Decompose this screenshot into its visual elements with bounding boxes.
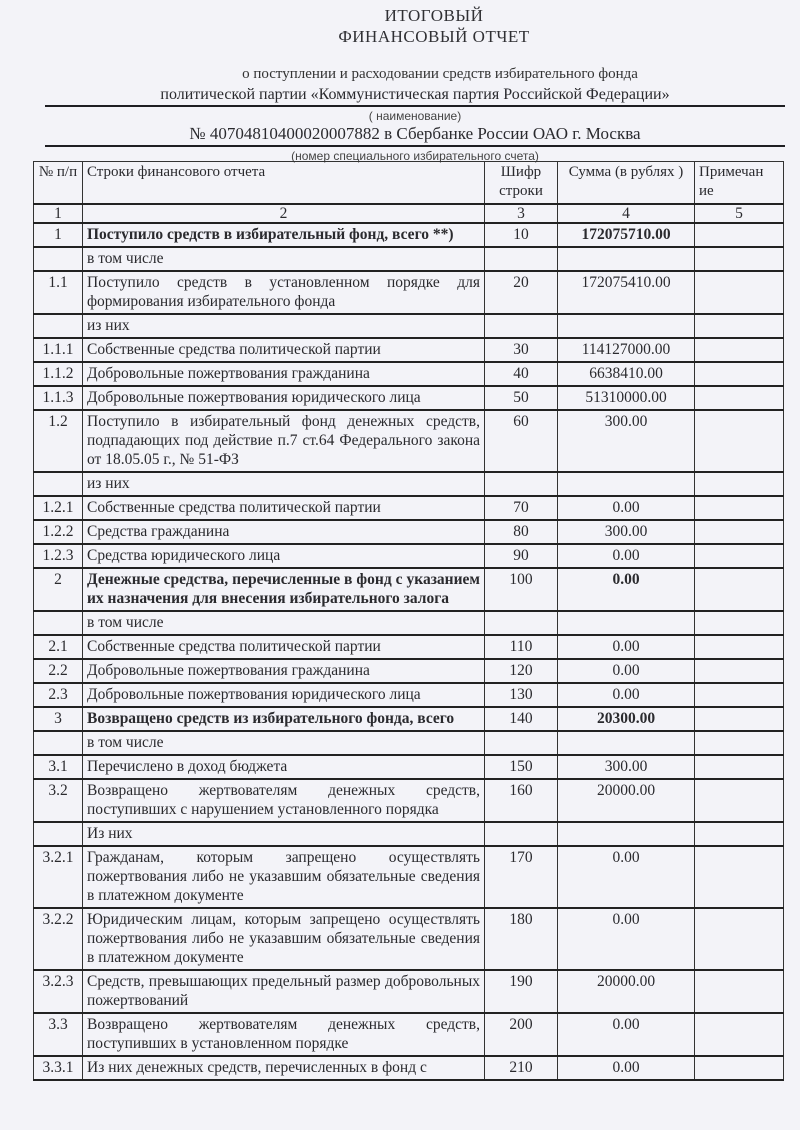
- row-number: 3.2.2: [34, 908, 83, 970]
- row-code: 20: [485, 271, 558, 314]
- row-number: 1: [34, 223, 83, 247]
- column-index: 3: [485, 204, 558, 223]
- table-row: 1Поступило средств в избирательный фонд,…: [34, 223, 784, 247]
- row-description: Перечислено в доход бюджета: [83, 755, 485, 779]
- row-description: Юридическим лицам, которым запрещено осу…: [83, 908, 485, 970]
- row-note: [695, 271, 784, 314]
- row-number: 1.2.1: [34, 496, 83, 520]
- row-sum: [558, 731, 695, 755]
- table-row: 3Возвращено средств из избирательного фо…: [34, 707, 784, 731]
- row-sum: [558, 611, 695, 635]
- row-code: [485, 314, 558, 338]
- table-row: 3.3.1Из них денежных средств, перечислен…: [34, 1056, 784, 1080]
- row-number: 1.2.3: [34, 544, 83, 568]
- row-number: 1.1.2: [34, 362, 83, 386]
- row-number: [34, 611, 83, 635]
- row-number: [34, 822, 83, 846]
- row-sum: 0.00: [558, 568, 695, 611]
- row-description: Собственные средства политической партии: [83, 635, 485, 659]
- row-note: [695, 544, 784, 568]
- row-code: 40: [485, 362, 558, 386]
- row-note: [695, 338, 784, 362]
- row-code: [485, 822, 558, 846]
- row-code: 200: [485, 1013, 558, 1056]
- row-code: 120: [485, 659, 558, 683]
- column-index: 1: [34, 204, 83, 223]
- row-sum: 300.00: [558, 755, 695, 779]
- row-code: 10: [485, 223, 558, 247]
- row-note: [695, 731, 784, 755]
- row-code: 110: [485, 635, 558, 659]
- row-description: в том числе: [83, 247, 485, 271]
- row-number: 3.2: [34, 779, 83, 822]
- row-code: 30: [485, 338, 558, 362]
- row-sum: 0.00: [558, 635, 695, 659]
- table-row: 1.1Поступило средств в установленном пор…: [34, 271, 784, 314]
- table-row: в том числе: [34, 247, 784, 271]
- row-description: Из них денежных средств, перечисленных в…: [83, 1056, 485, 1080]
- table-row: 2Денежные средства, перечисленные в фонд…: [34, 568, 784, 611]
- row-number: 1.1: [34, 271, 83, 314]
- row-sum: 20300.00: [558, 707, 695, 731]
- header-sum: Сумма (в рублях ): [558, 162, 695, 205]
- row-description: из них: [83, 314, 485, 338]
- row-note: [695, 568, 784, 611]
- row-number: 1.2: [34, 410, 83, 472]
- table-row: 1.2Поступило в избирательный фонд денежн…: [34, 410, 784, 472]
- row-description: из них: [83, 472, 485, 496]
- row-code: [485, 731, 558, 755]
- row-note: [695, 611, 784, 635]
- header-desc: Строки финансового отчета: [83, 162, 485, 205]
- row-number: 3: [34, 707, 83, 731]
- row-number: 3.3: [34, 1013, 83, 1056]
- row-sum: 172075710.00: [558, 223, 695, 247]
- row-description: Средства гражданина: [83, 520, 485, 544]
- row-description: Поступило в избирательный фонд денежных …: [83, 410, 485, 472]
- row-note: [695, 223, 784, 247]
- row-description: Возвращено жертвователям денежных средст…: [83, 779, 485, 822]
- table-row: 1.2.2Средства гражданина80300.00: [34, 520, 784, 544]
- row-note: [695, 707, 784, 731]
- row-number: [34, 247, 83, 271]
- row-sum: [558, 314, 695, 338]
- party-name-caption: ( наименование): [45, 109, 785, 123]
- row-number: 2.2: [34, 659, 83, 683]
- row-number: 2.1: [34, 635, 83, 659]
- row-note: [695, 822, 784, 846]
- row-code: 80: [485, 520, 558, 544]
- row-description: в том числе: [83, 611, 485, 635]
- row-description: в том числе: [83, 731, 485, 755]
- row-number: [34, 472, 83, 496]
- row-description: Добровольные пожертвования гражданина: [83, 362, 485, 386]
- row-note: [695, 1013, 784, 1056]
- row-note: [695, 846, 784, 908]
- row-sum: 20000.00: [558, 779, 695, 822]
- report-title-line2: ФИНАНСОВЫЙ ОТЧЕТ: [0, 27, 800, 47]
- header-num: № п/п: [34, 162, 83, 205]
- row-note: [695, 314, 784, 338]
- row-code: 100: [485, 568, 558, 611]
- row-sum: 51310000.00: [558, 386, 695, 410]
- row-number: 3.3.1: [34, 1056, 83, 1080]
- column-index: 5: [695, 204, 784, 223]
- row-note: [695, 659, 784, 683]
- table-row: 1.1.2Добровольные пожертвования граждани…: [34, 362, 784, 386]
- table-row: 2.3Добровольные пожертвования юридическо…: [34, 683, 784, 707]
- table-row: 2.1Собственные средства политической пар…: [34, 635, 784, 659]
- table-row: Из них: [34, 822, 784, 846]
- row-note: [695, 247, 784, 271]
- financial-report-table: № п/п Строки финансового отчета Шифр стр…: [33, 161, 784, 1081]
- row-description: Поступило средств в избирательный фонд, …: [83, 223, 485, 247]
- table-row: 1.2.1Собственные средства политической п…: [34, 496, 784, 520]
- table-row: из них: [34, 314, 784, 338]
- table-row: 3.2Возвращено жертвователям денежных сре…: [34, 779, 784, 822]
- row-note: [695, 635, 784, 659]
- row-sum: 0.00: [558, 846, 695, 908]
- header-note: Примечан ие: [695, 162, 784, 205]
- table-row: в том числе: [34, 611, 784, 635]
- report-subtitle: о поступлении и расходовании средств изб…: [60, 66, 800, 83]
- table-row: в том числе: [34, 731, 784, 755]
- row-note: [695, 970, 784, 1013]
- row-sum: [558, 472, 695, 496]
- table-header-row: № п/п Строки финансового отчета Шифр стр…: [34, 162, 784, 205]
- row-note: [695, 410, 784, 472]
- table-row: 3.3Возвращено жертвователям денежных сре…: [34, 1013, 784, 1056]
- row-note: [695, 755, 784, 779]
- column-index: 2: [83, 204, 485, 223]
- row-code: 50: [485, 386, 558, 410]
- row-sum: 0.00: [558, 544, 695, 568]
- row-note: [695, 908, 784, 970]
- row-note: [695, 683, 784, 707]
- table-row: 3.2.1Гражданам, которым запрещено осущес…: [34, 846, 784, 908]
- row-sum: 6638410.00: [558, 362, 695, 386]
- row-number: 1.1.3: [34, 386, 83, 410]
- row-description: Гражданам, которым запрещено осуществлят…: [83, 846, 485, 908]
- row-number: 3.1: [34, 755, 83, 779]
- row-description: Средства юридического лица: [83, 544, 485, 568]
- row-sum: 0.00: [558, 659, 695, 683]
- row-description: Добровольные пожертвования гражданина: [83, 659, 485, 683]
- row-number: 1.1.1: [34, 338, 83, 362]
- table-row: 3.1Перечислено в доход бюджета150300.00: [34, 755, 784, 779]
- row-code: 140: [485, 707, 558, 731]
- row-sum: 0.00: [558, 496, 695, 520]
- row-description: Собственные средства политической партии: [83, 496, 485, 520]
- row-description: Добровольные пожертвования юридического …: [83, 386, 485, 410]
- row-sum: 0.00: [558, 908, 695, 970]
- column-index: 4: [558, 204, 695, 223]
- row-code: 60: [485, 410, 558, 472]
- row-description: Возвращено средств из избирательного фон…: [83, 707, 485, 731]
- row-description: Из них: [83, 822, 485, 846]
- table-row: 1.1.1Собственные средства политической п…: [34, 338, 784, 362]
- row-sum: 114127000.00: [558, 338, 695, 362]
- row-number: 1.2.2: [34, 520, 83, 544]
- row-number: 2.3: [34, 683, 83, 707]
- party-name: политической партии «Коммунистическая па…: [45, 86, 785, 107]
- row-sum: 0.00: [558, 683, 695, 707]
- row-sum: 20000.00: [558, 970, 695, 1013]
- row-sum: 0.00: [558, 1056, 695, 1080]
- table-row: из них: [34, 472, 784, 496]
- row-code: 180: [485, 908, 558, 970]
- row-note: [695, 472, 784, 496]
- table-row: 3.2.2Юридическим лицам, которым запрещен…: [34, 908, 784, 970]
- row-description: Собственные средства политической партии: [83, 338, 485, 362]
- report-title-line1: ИТОГОВЫЙ: [0, 6, 800, 26]
- row-code: 90: [485, 544, 558, 568]
- table-row: 2.2Добровольные пожертвования гражданина…: [34, 659, 784, 683]
- row-description: Возвращено жертвователям денежных средст…: [83, 1013, 485, 1056]
- row-sum: 300.00: [558, 520, 695, 544]
- row-code: 190: [485, 970, 558, 1013]
- row-number: 3.2.3: [34, 970, 83, 1013]
- row-sum: 300.00: [558, 410, 695, 472]
- row-sum: [558, 822, 695, 846]
- row-sum: 172075410.00: [558, 271, 695, 314]
- row-number: [34, 731, 83, 755]
- row-code: [485, 472, 558, 496]
- row-number: 3.2.1: [34, 846, 83, 908]
- row-note: [695, 386, 784, 410]
- table-row: 3.2.3Средств, превышающих предельный раз…: [34, 970, 784, 1013]
- row-code: 130: [485, 683, 558, 707]
- row-number: 2: [34, 568, 83, 611]
- row-note: [695, 520, 784, 544]
- row-note: [695, 779, 784, 822]
- row-code: 150: [485, 755, 558, 779]
- account-number: № 40704810400020007882 в Сбербанке Росси…: [45, 124, 785, 147]
- row-code: 210: [485, 1056, 558, 1080]
- row-sum: [558, 247, 695, 271]
- row-note: [695, 1056, 784, 1080]
- row-description: Добровольные пожертвования юридического …: [83, 683, 485, 707]
- row-code: 170: [485, 846, 558, 908]
- table-row: 1.2.3Средства юридического лица900.00: [34, 544, 784, 568]
- row-code: [485, 611, 558, 635]
- table-row: 1.1.3Добровольные пожертвования юридичес…: [34, 386, 784, 410]
- row-sum: 0.00: [558, 1013, 695, 1056]
- row-note: [695, 496, 784, 520]
- row-code: [485, 247, 558, 271]
- row-code: 160: [485, 779, 558, 822]
- row-description: Средств, превышающих предельный размер д…: [83, 970, 485, 1013]
- row-code: 70: [485, 496, 558, 520]
- column-index-row: 1 2 3 4 5: [34, 204, 784, 223]
- row-description: Денежные средства, перечисленные в фонд …: [83, 568, 485, 611]
- row-note: [695, 362, 784, 386]
- row-description: Поступило средств в установленном порядк…: [83, 271, 485, 314]
- row-number: [34, 314, 83, 338]
- header-code: Шифр строки: [485, 162, 558, 205]
